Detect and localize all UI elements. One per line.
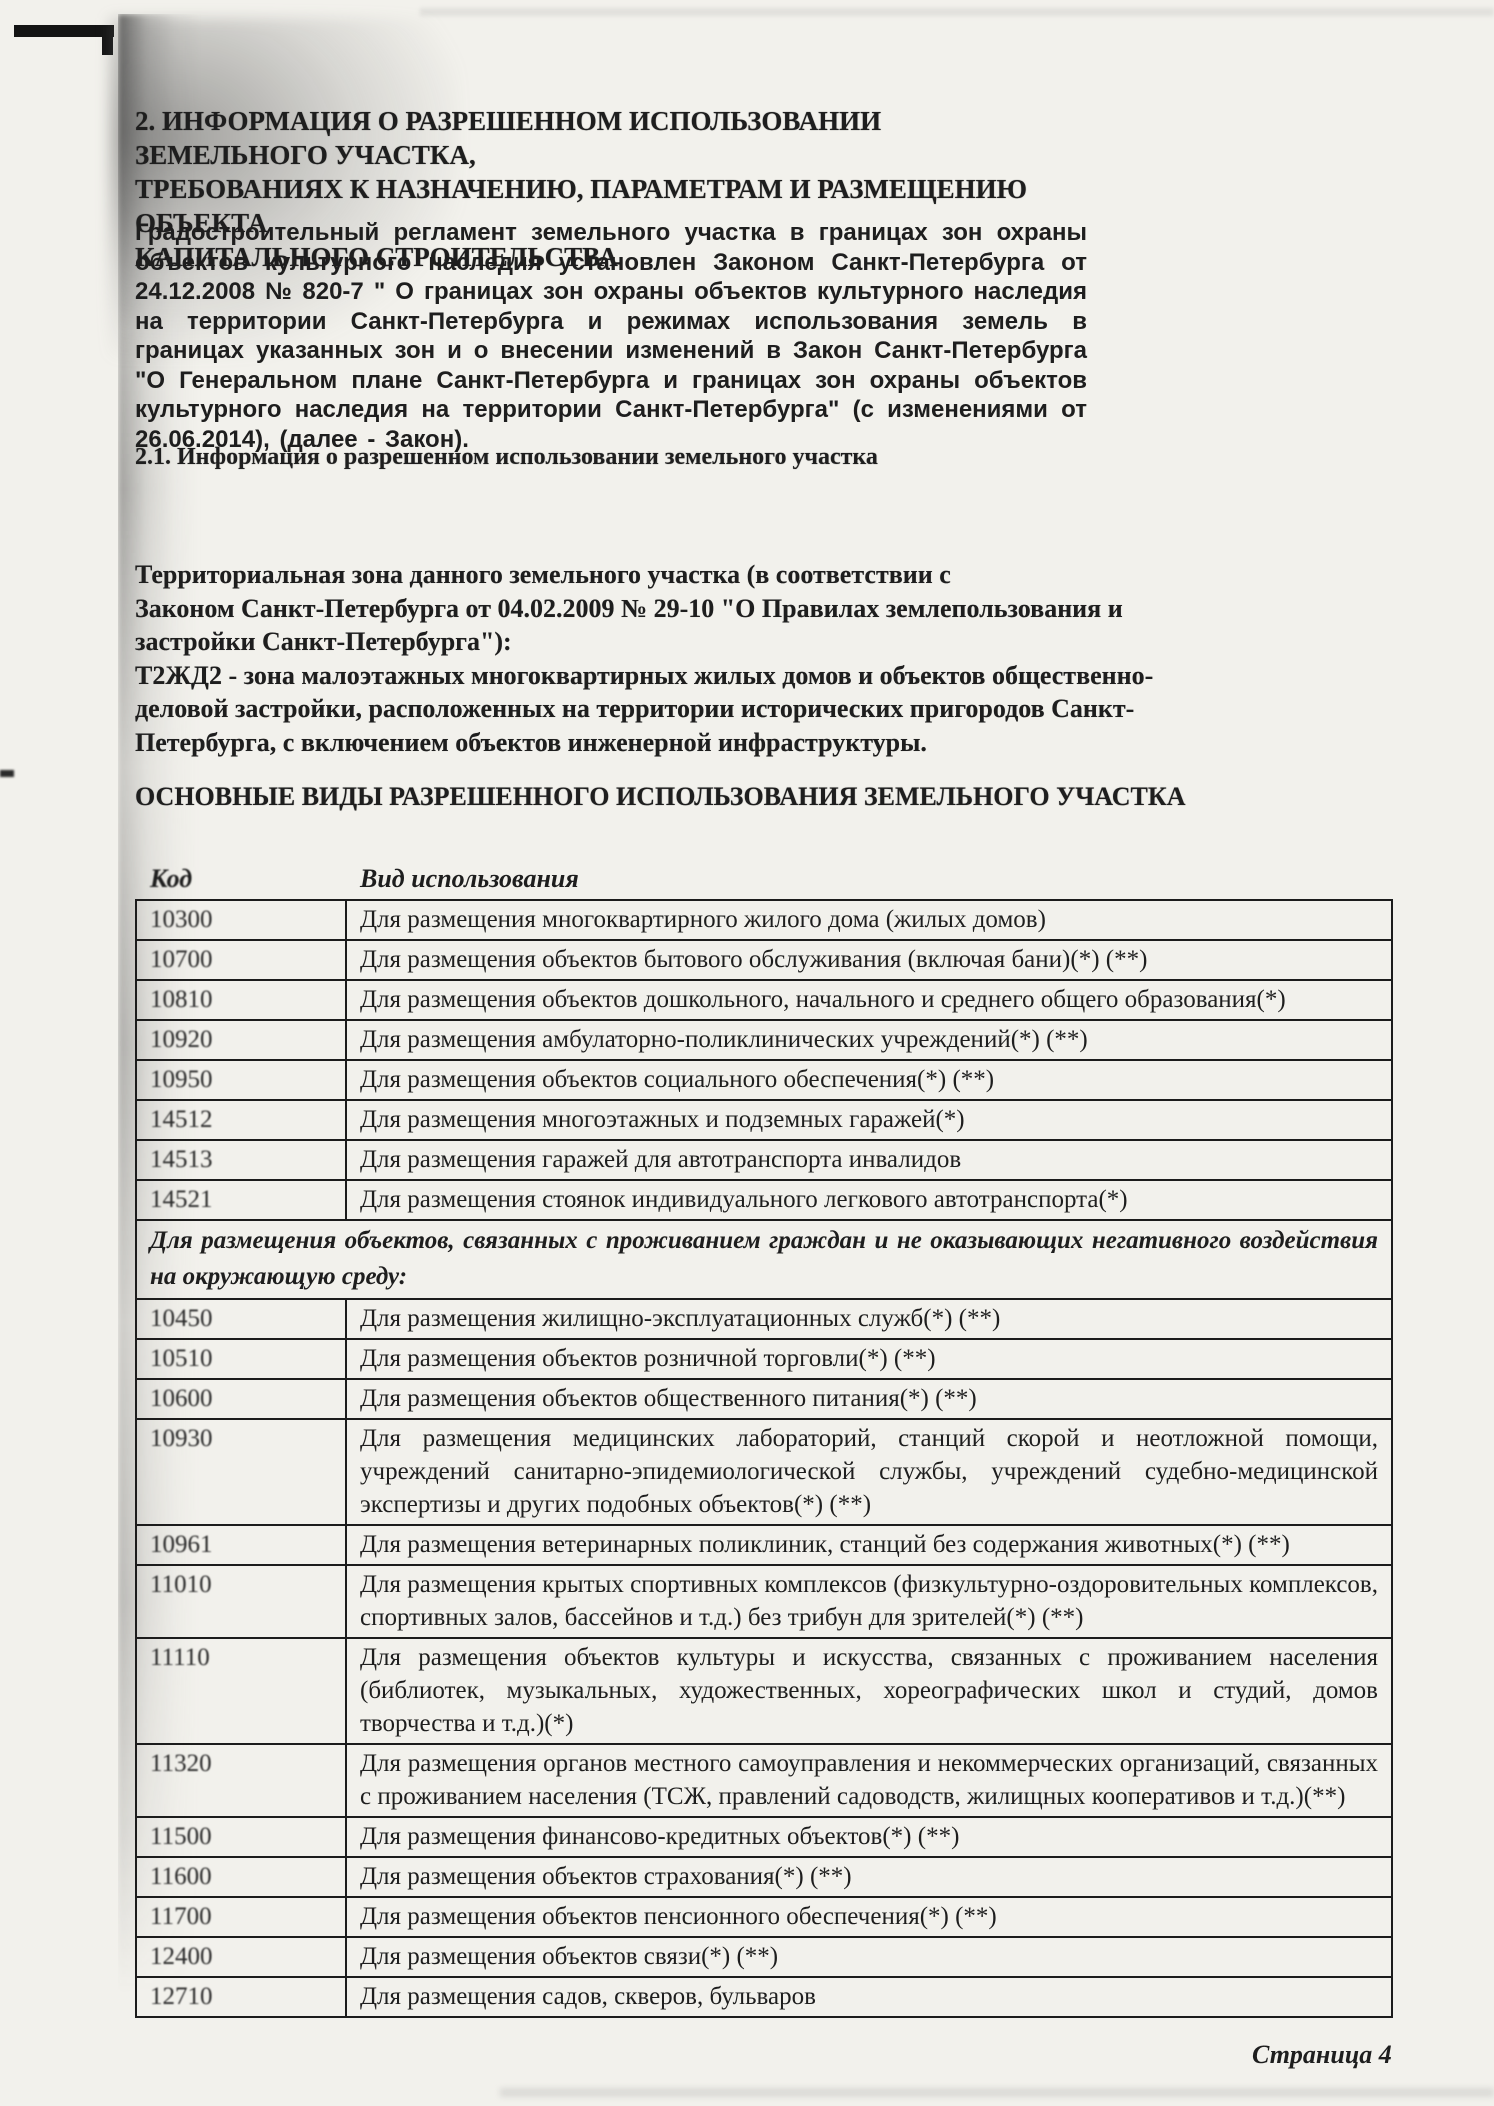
use-code: 10510: [136, 1339, 346, 1379]
use-description: Для размещения садов, скверов, бульваров: [346, 1977, 1392, 2017]
use-description: Для размещения стоянок индивидуального л…: [346, 1180, 1392, 1220]
use-description: Для размещения объектов бытового обслужи…: [346, 940, 1392, 980]
use-description: Для размещения объектов страхования(*) (…: [346, 1857, 1392, 1897]
use-description: Для размещения объектов социального обес…: [346, 1060, 1392, 1100]
table-row: 10961Для размещения ветеринарных поликли…: [136, 1525, 1392, 1565]
use-description: Для размещения объектов дошкольного, нач…: [346, 980, 1392, 1020]
use-code: 10810: [136, 980, 346, 1020]
uses-table-header: Код Вид использования: [135, 864, 1393, 894]
scan-bottom-streak: [500, 2088, 1494, 2097]
table-row: 10600Для размещения объектов общественно…: [136, 1379, 1392, 1419]
table-row: 14512Для размещения многоэтажных и подзе…: [136, 1100, 1392, 1140]
use-description: Для размещения крытых спортивных комплек…: [346, 1565, 1392, 1638]
table-row: 11110Для размещения объектов культуры и …: [136, 1638, 1392, 1744]
use-code: 10961: [136, 1525, 346, 1565]
use-description: Для размещения ветеринарных поликлиник, …: [346, 1525, 1392, 1565]
section-row-label: Для размещения объектов, связанных с про…: [136, 1220, 1392, 1299]
page-number: Страница 4: [1252, 2040, 1392, 2070]
use-code: 10920: [136, 1020, 346, 1060]
use-description: Для размещения медицинских лабораторий, …: [346, 1419, 1392, 1525]
use-description: Для размещения жилищно-эксплуатационных …: [346, 1299, 1392, 1339]
use-code: 12400: [136, 1937, 346, 1977]
territorial-zone-paragraph: Территориальная зона данного земельного …: [135, 558, 1245, 759]
table-row: 10950Для размещения объектов социального…: [136, 1060, 1392, 1100]
uses-table: 10300Для размещения многоквартирного жил…: [135, 899, 1393, 2018]
use-code: 11700: [136, 1897, 346, 1937]
table-row: 10810Для размещения объектов дошкольного…: [136, 980, 1392, 1020]
use-code: 11320: [136, 1744, 346, 1817]
table-row: 12710Для размещения садов, скверов, буль…: [136, 1977, 1392, 2017]
use-code: 10700: [136, 940, 346, 980]
scan-edge-dash: [0, 770, 14, 777]
use-code: 10450: [136, 1299, 346, 1339]
subsection-2-1-heading: 2.1. Информация о разрешенном использова…: [135, 444, 1235, 471]
use-description: Для размещения гаражей для автотранспорт…: [346, 1140, 1392, 1180]
use-description: Для размещения объектов связи(*) (**): [346, 1937, 1392, 1977]
table-row: 10700Для размещения объектов бытового об…: [136, 940, 1392, 980]
table-row: 11500Для размещения финансово-кредитных …: [136, 1817, 1392, 1857]
table-row: 10300Для размещения многоквартирного жил…: [136, 900, 1392, 940]
use-code: 11500: [136, 1817, 346, 1857]
scan-corner-mark: [14, 25, 114, 37]
use-code: 14512: [136, 1100, 346, 1140]
table-row: 14513Для размещения гаражей для автотран…: [136, 1140, 1392, 1180]
use-description: Для размещения многоквартирного жилого д…: [346, 900, 1392, 940]
use-code: 14513: [136, 1140, 346, 1180]
use-code: 10950: [136, 1060, 346, 1100]
scanned-document-page: 2. ИНФОРМАЦИЯ О РАЗРЕШЕННОМ ИСПОЛЬЗОВАНИ…: [0, 0, 1494, 2106]
use-code: 14521: [136, 1180, 346, 1220]
main-uses-heading: ОСНОВНЫЕ ВИДЫ РАЗРЕШЕННОГО ИСПОЛЬЗОВАНИЯ…: [135, 782, 1393, 812]
use-description: Для размещения органов местного самоупра…: [346, 1744, 1392, 1817]
use-code: 10930: [136, 1419, 346, 1525]
use-description: Для размещения объектов розничной торгов…: [346, 1339, 1392, 1379]
use-code: 10300: [136, 900, 346, 940]
use-code: 10600: [136, 1379, 346, 1419]
use-code: 11110: [136, 1638, 346, 1744]
table-row: 10930Для размещения медицинских лаборато…: [136, 1419, 1392, 1525]
intro-paragraph: Градостроительный регламент земельного у…: [135, 218, 1087, 454]
table-row: 11700Для размещения объектов пенсионного…: [136, 1897, 1392, 1937]
col-header-code: Код: [135, 864, 345, 894]
table-row: 12400Для размещения объектов связи(*) (*…: [136, 1937, 1392, 1977]
col-header-use: Вид использования: [345, 864, 579, 894]
use-description: Для размещения объектов культуры и искус…: [346, 1638, 1392, 1744]
use-description: Для размещения финансово-кредитных объек…: [346, 1817, 1392, 1857]
table-row: 14521Для размещения стоянок индивидуальн…: [136, 1180, 1392, 1220]
use-description: Для размещения амбулаторно-поликлиническ…: [346, 1020, 1392, 1060]
use-code: 11010: [136, 1565, 346, 1638]
table-row: 11600Для размещения объектов страхования…: [136, 1857, 1392, 1897]
use-description: Для размещения объектов общественного пи…: [346, 1379, 1392, 1419]
use-description: Для размещения объектов пенсионного обес…: [346, 1897, 1392, 1937]
table-section-row: Для размещения объектов, связанных с про…: [136, 1220, 1392, 1299]
use-description: Для размещения многоэтажных и подземных …: [346, 1100, 1392, 1140]
table-row: 10920Для размещения амбулаторно-поликлин…: [136, 1020, 1392, 1060]
table-row: 10510Для размещения объектов розничной т…: [136, 1339, 1392, 1379]
scan-top-streak: [420, 8, 1494, 16]
table-row: 11010Для размещения крытых спортивных ко…: [136, 1565, 1392, 1638]
table-row: 11320Для размещения органов местного сам…: [136, 1744, 1392, 1817]
table-row: 10450Для размещения жилищно-эксплуатацио…: [136, 1299, 1392, 1339]
use-code: 12710: [136, 1977, 346, 2017]
use-code: 11600: [136, 1857, 346, 1897]
uses-table-body: 10300Для размещения многоквартирного жил…: [136, 900, 1392, 2017]
